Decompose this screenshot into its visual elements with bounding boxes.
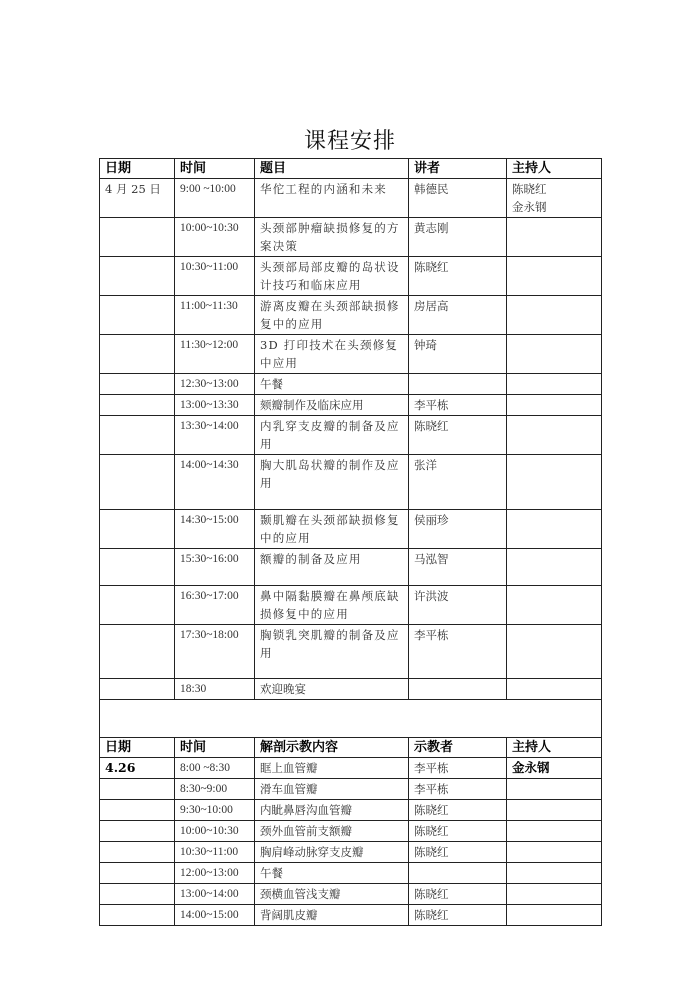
time-cell: 10:00~10:30 [175, 821, 255, 842]
host-cell [507, 374, 602, 395]
host-cell [507, 395, 602, 416]
host-cell [507, 549, 602, 586]
date-cell [100, 884, 175, 905]
table-row: 14:00~15:00 背阔肌皮瓣 陈晓红 [100, 905, 602, 926]
date-cell: 4 月 25 日 [100, 179, 175, 218]
date-cell [100, 625, 175, 679]
speaker-cell: 房居高 [409, 296, 507, 335]
host-cell [507, 218, 602, 257]
topic-cell: 头颈部局部皮瓣的岛状设计技巧和临床应用 [255, 257, 409, 296]
date-cell [100, 510, 175, 549]
host-cell [507, 416, 602, 455]
date-cell [100, 257, 175, 296]
date-cell [100, 779, 175, 800]
header-host: 主持人 [507, 159, 602, 179]
date-cell [100, 821, 175, 842]
host-cell [507, 257, 602, 296]
date-cell [100, 296, 175, 335]
topic-cell: 额瓣的制备及应用 [255, 549, 409, 586]
time-cell: 11:00~11:30 [175, 296, 255, 335]
table-row: 10:30~11:00 头颈部局部皮瓣的岛状设计技巧和临床应用 陈晓红 [100, 257, 602, 296]
host-cell [507, 863, 602, 884]
host-cell [507, 296, 602, 335]
topic-cell: 头颈部肿瘤缺损修复的方案决策 [255, 218, 409, 257]
host-cell [507, 779, 602, 800]
date-cell [100, 416, 175, 455]
time-cell: 10:30~11:00 [175, 257, 255, 296]
demonstrator-cell: 陈晓红 [409, 905, 507, 926]
topic-cell: 华佗工程的内涵和未来 [255, 179, 409, 218]
time-cell: 13:00~14:00 [175, 884, 255, 905]
host-name: 陈晓红 [512, 180, 596, 198]
speaker-cell: 黄志刚 [409, 218, 507, 257]
time-cell: 15:30~16:00 [175, 549, 255, 586]
blank-cell [100, 700, 602, 738]
date-cell [100, 549, 175, 586]
table-row: 12:30~13:00 午餐 [100, 374, 602, 395]
host-cell [507, 821, 602, 842]
date-cell [100, 218, 175, 257]
time-cell: 14:30~15:00 [175, 510, 255, 549]
time-cell: 13:30~14:00 [175, 416, 255, 455]
host-cell [507, 625, 602, 679]
speaker-cell: 陈晓红 [409, 416, 507, 455]
table-row: 13:00~14:00 颈横血管浅支瓣 陈晓红 [100, 884, 602, 905]
content-cell: 滑车血管瓣 [255, 779, 409, 800]
table-row: 11:30~12:00 3D 打印技术在头颈修复中应用 钟琦 [100, 335, 602, 374]
table-row: 10:00~10:30 颈外血管前支额瓣 陈晓红 [100, 821, 602, 842]
table-row: 14:30~15:00 颞肌瓣在头颈部缺损修复中的应用 侯丽珍 [100, 510, 602, 549]
topic-cell: 鼻中隔黏膜瓣在鼻颅底缺损修复中的应用 [255, 586, 409, 625]
header-date: 日期 [100, 159, 175, 179]
time-cell: 18:30 [175, 679, 255, 700]
table-row: 17:30~18:00 胸锁乳突肌瓣的制备及应用 李平栋 [100, 625, 602, 679]
spacer-row [100, 700, 602, 738]
header-time: 时间 [175, 159, 255, 179]
host-cell [507, 586, 602, 625]
topic-cell: 胸大肌岛状瓣的制作及应用 [255, 455, 409, 510]
table-row: 12:00~13:00 午餐 [100, 863, 602, 884]
time-cell: 10:00~10:30 [175, 218, 255, 257]
time-cell: 9:00 ~10:00 [175, 179, 255, 218]
table-row: 11:00~11:30 游离皮瓣在头颈部缺损修复中的应用 房居高 [100, 296, 602, 335]
speaker-cell: 钟琦 [409, 335, 507, 374]
host-cell: 金永钢 [507, 758, 602, 779]
host-cell [507, 842, 602, 863]
speaker-cell: 张洋 [409, 455, 507, 510]
content-cell: 内眦鼻唇沟血管瓣 [255, 800, 409, 821]
speaker-cell [409, 374, 507, 395]
time-cell: 14:00~15:00 [175, 905, 255, 926]
content-cell: 背阔肌皮瓣 [255, 905, 409, 926]
header-content: 解剖示教内容 [255, 738, 409, 758]
host-cell [507, 800, 602, 821]
speaker-cell: 许洪波 [409, 586, 507, 625]
time-cell: 10:30~11:00 [175, 842, 255, 863]
date-cell [100, 800, 175, 821]
time-cell: 12:00~13:00 [175, 863, 255, 884]
table-row: 8:30~9:00 滑车血管瓣 李平栋 [100, 779, 602, 800]
table-row: 4 月 25 日 9:00 ~10:00 华佗工程的内涵和未来 韩德民 陈晓红金… [100, 179, 602, 218]
table-row: 10:30~11:00 胸肩峰动脉穿支皮瓣 陈晓红 [100, 842, 602, 863]
demonstrator-cell: 李平栋 [409, 779, 507, 800]
demonstrator-cell: 陈晓红 [409, 842, 507, 863]
topic-cell: 欢迎晚宴 [255, 679, 409, 700]
date-cell [100, 586, 175, 625]
topic-cell: 内乳穿支皮瓣的制备及应用 [255, 416, 409, 455]
content-cell: 颈外血管前支额瓣 [255, 821, 409, 842]
header-date: 日期 [100, 738, 175, 758]
table-row: 18:30 欢迎晚宴 [100, 679, 602, 700]
date-cell [100, 863, 175, 884]
host-cell [507, 455, 602, 510]
table-header-row-day2: 日期 时间 解剖示教内容 示教者 主持人 [100, 738, 602, 758]
host-cell [507, 905, 602, 926]
table-row: 16:30~17:00 鼻中隔黏膜瓣在鼻颅底缺损修复中的应用 许洪波 [100, 586, 602, 625]
table-header-row-day1: 日期 时间 题目 讲者 主持人 [100, 159, 602, 179]
date-cell: 4.26 [100, 758, 175, 779]
topic-cell: 游离皮瓣在头颈部缺损修复中的应用 [255, 296, 409, 335]
host-cell [507, 335, 602, 374]
date-cell [100, 395, 175, 416]
date-cell [100, 374, 175, 395]
speaker-cell: 陈晓红 [409, 257, 507, 296]
content-cell: 胸肩峰动脉穿支皮瓣 [255, 842, 409, 863]
table-row: 4.26 8:00 ~8:30 眶上血管瓣 李平栋 金永钢 [100, 758, 602, 779]
date-cell [100, 335, 175, 374]
time-cell: 13:00~13:30 [175, 395, 255, 416]
time-cell: 14:00~14:30 [175, 455, 255, 510]
host-cell [507, 884, 602, 905]
topic-cell: 颞肌瓣在头颈部缺损修复中的应用 [255, 510, 409, 549]
content-cell: 眶上血管瓣 [255, 758, 409, 779]
time-cell: 8:00 ~8:30 [175, 758, 255, 779]
host-name: 金永钢 [512, 198, 596, 216]
time-cell: 12:30~13:00 [175, 374, 255, 395]
speaker-cell: 李平栋 [409, 395, 507, 416]
time-cell: 9:30~10:00 [175, 800, 255, 821]
header-speaker: 讲者 [409, 159, 507, 179]
time-cell: 8:30~9:00 [175, 779, 255, 800]
table-row: 9:30~10:00 内眦鼻唇沟血管瓣 陈晓红 [100, 800, 602, 821]
host-cell: 陈晓红金永钢 [507, 179, 602, 218]
header-time: 时间 [175, 738, 255, 758]
demonstrator-cell: 陈晓红 [409, 821, 507, 842]
speaker-cell: 马泓智 [409, 549, 507, 586]
time-cell: 17:30~18:00 [175, 625, 255, 679]
date-cell [100, 455, 175, 510]
speaker-cell: 李平栋 [409, 625, 507, 679]
host-cell [507, 679, 602, 700]
host-cell [507, 510, 602, 549]
demonstrator-cell: 陈晓红 [409, 800, 507, 821]
topic-cell: 3D 打印技术在头颈修复中应用 [255, 335, 409, 374]
demonstrator-cell: 陈晓红 [409, 884, 507, 905]
header-demonstrator: 示教者 [409, 738, 507, 758]
demonstrator-cell: 李平栋 [409, 758, 507, 779]
speaker-cell: 韩德民 [409, 179, 507, 218]
page-title: 课程安排 [0, 124, 700, 155]
time-cell: 16:30~17:00 [175, 586, 255, 625]
topic-cell: 午餐 [255, 374, 409, 395]
date-cell [100, 679, 175, 700]
time-cell: 11:30~12:00 [175, 335, 255, 374]
table-row: 15:30~16:00 额瓣的制备及应用 马泓智 [100, 549, 602, 586]
speaker-cell: 侯丽珍 [409, 510, 507, 549]
header-host: 主持人 [507, 738, 602, 758]
topic-cell: 胸锁乳突肌瓣的制备及应用 [255, 625, 409, 679]
schedule-table: 日期 时间 题目 讲者 主持人 4 月 25 日 9:00 ~10:00 华佗工… [99, 158, 602, 926]
table-row: 14:00~14:30 胸大肌岛状瓣的制作及应用 张洋 [100, 455, 602, 510]
content-cell: 颈横血管浅支瓣 [255, 884, 409, 905]
table-row: 13:00~13:30 颏瓣制作及临床应用 李平栋 [100, 395, 602, 416]
date-cell [100, 905, 175, 926]
table-row: 10:00~10:30 头颈部肿瘤缺损修复的方案决策 黄志刚 [100, 218, 602, 257]
table-row: 13:30~14:00 内乳穿支皮瓣的制备及应用 陈晓红 [100, 416, 602, 455]
demonstrator-cell [409, 863, 507, 884]
topic-cell: 颏瓣制作及临床应用 [255, 395, 409, 416]
speaker-cell [409, 679, 507, 700]
content-cell: 午餐 [255, 863, 409, 884]
date-cell [100, 842, 175, 863]
header-topic: 题目 [255, 159, 409, 179]
